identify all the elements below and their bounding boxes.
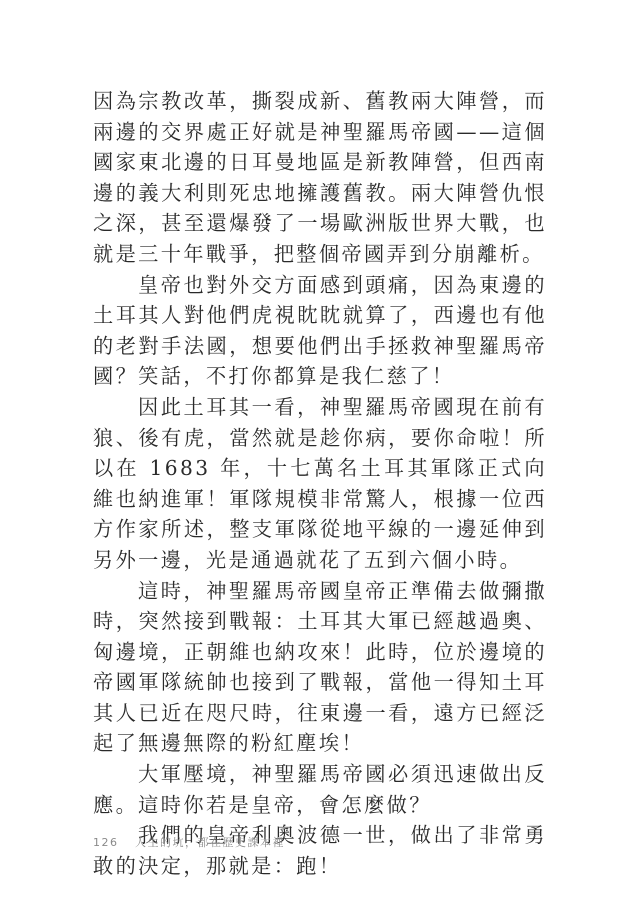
paragraph-2: 皇帝也對外交方面感到頭痛，因為東邊的土耳其人對他們虎視眈眈就算了，西邊也有他的老…	[93, 270, 547, 392]
paragraph-6: 我們的皇帝利奧波德一世，做出了非常勇敢的決定，那就是：跑！	[93, 820, 547, 881]
book-page: 因為宗教改革，撕裂成新、舊教兩大陣營，而兩邊的交界處正好就是神聖羅馬帝國——這個…	[0, 0, 640, 900]
body-text: 因為宗教改革，撕裂成新、舊教兩大陣營，而兩邊的交界處正好就是神聖羅馬帝國——這個…	[93, 86, 547, 881]
running-title: 人生的坑，都在歷史課本裡	[135, 836, 285, 849]
paragraph-3: 因此土耳其一看，神聖羅馬帝國現在前有狼、後有虎，當然就是趁你病，要你命啦！所以在…	[93, 392, 547, 576]
page-footer: 126人生的坑，都在歷史課本裡	[93, 834, 285, 850]
page-number: 126	[93, 836, 135, 849]
paragraph-4: 這時，神聖羅馬帝國皇帝正準備去做彌撒時，突然接到戰報：土耳其大軍已經越過奧、匈邊…	[93, 576, 547, 760]
paragraph-1: 因為宗教改革，撕裂成新、舊教兩大陣營，而兩邊的交界處正好就是神聖羅馬帝國——這個…	[93, 86, 547, 270]
paragraph-5: 大軍壓境，神聖羅馬帝國必須迅速做出反應。這時你若是皇帝，會怎麼做？	[93, 759, 547, 820]
